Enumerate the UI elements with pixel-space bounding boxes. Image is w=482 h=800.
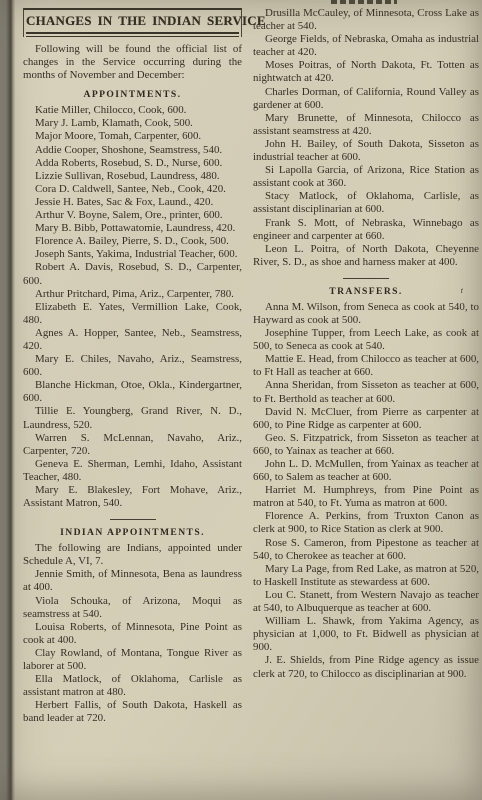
entry: John H. Bailey, of South Dakota, Sisseto… xyxy=(253,138,479,164)
entry: Geo. S. Fitzpatrick, from Sisseton as te… xyxy=(253,432,479,458)
entry: Tillie E. Youngberg, Grand River, N. D.,… xyxy=(23,405,242,431)
entry: Jessie H. Bates, Sac & Fox, Laund., 420. xyxy=(23,196,242,209)
entry: Mary B. Bibb, Pottawatomie, Laundress, 4… xyxy=(23,222,242,235)
entry: Lou C. Stanett, from Western Navajo as t… xyxy=(253,589,479,615)
entry: Louisa Roberts, of Minnesota, Pine Point… xyxy=(23,621,242,647)
intro-paragraph: Following will be found the official lis… xyxy=(23,43,242,82)
left-column: CHANGES IN THE INDIAN SERVICE Following … xyxy=(23,8,242,726)
entry: Jennie Smith, of Minnesota, Bena as laun… xyxy=(23,568,242,594)
entry: Arthur Pritchard, Pima, Ariz., Carpenter… xyxy=(23,288,242,301)
entry: Clay Rowland, of Montana, Tongue River a… xyxy=(23,647,242,673)
entry: Charles Dorman, of California, Round Val… xyxy=(253,86,479,112)
indian-appointments-list: Jennie Smith, of Minnesota, Bena as laun… xyxy=(23,568,242,725)
transfers-divider-row: t xyxy=(253,278,479,279)
entry: Arthur V. Boyne, Salem, Ore., printer, 6… xyxy=(23,209,242,222)
entry: Josephine Tupper, from Leech Lake, as co… xyxy=(253,327,479,353)
section-heading-transfers: TRANSFERS. xyxy=(253,286,479,297)
entry: Anna M. Wilson, from Seneca as cook at 5… xyxy=(253,301,479,327)
entry: Lizzie Sullivan, Rosebud, Laundress, 480… xyxy=(23,170,242,183)
clipped-running-header xyxy=(331,0,397,4)
entry: David N. McCluer, from Pierre as carpent… xyxy=(253,406,479,432)
title-underline-thick xyxy=(26,32,239,34)
section-heading-appointments: APPOINTMENTS. xyxy=(23,89,242,100)
entry: Viola Schouka, of Arizona, Moqui as seam… xyxy=(23,595,242,621)
indian-appointments-note: The following are Indians, appointed und… xyxy=(23,542,242,568)
entry: Ella Matlock, of Oklahoma, Carlisle as a… xyxy=(23,673,242,699)
entry: Major Moore, Tomah, Carpenter, 600. xyxy=(23,130,242,143)
entry: Moses Poitras, of North Dakota, Ft. Tott… xyxy=(253,59,479,85)
transfers-list: Anna M. Wilson, from Seneca as cook at 5… xyxy=(253,301,479,681)
entry: Mary Brunette, of Minnesota, Chilocco as… xyxy=(253,112,479,138)
section-divider xyxy=(110,519,156,520)
entry: William L. Shawk, from Yakima Agency, as… xyxy=(253,615,479,654)
section-divider xyxy=(343,278,389,279)
entry: Florence A. Perkins, from Truxton Canon … xyxy=(253,510,479,536)
entry: Adda Roberts, Rosebud, S. D., Nurse, 600… xyxy=(23,157,242,170)
entry: Blanche Hickman, Otoe, Okla., Kindergart… xyxy=(23,379,242,405)
entry: Mary La Page, from Red Lake, as matron a… xyxy=(253,563,479,589)
entry: Stacy Matlock, of Oklahoma, Carlisle, as… xyxy=(253,190,479,216)
entry: Addie Cooper, Shoshone, Seamstress, 540. xyxy=(23,144,242,157)
entry: Harriet M. Humphreys, from Pine Point as… xyxy=(253,484,479,510)
right-column: Drusilla McCauley, of Minnesota, Cross L… xyxy=(253,7,479,681)
entry: George Fields, of Nebraska, Omaha as ind… xyxy=(253,33,479,59)
entry: Mattie E. Head, from Chilocco as teacher… xyxy=(253,353,479,379)
entry: J. E. Shields, from Pine Ridge agency as… xyxy=(253,654,479,680)
entry: Elizabeth E. Yates, Vermillion Lake, Coo… xyxy=(23,301,242,327)
entry: Rose S. Cameron, from Pipestone as teach… xyxy=(253,537,479,563)
page-title: CHANGES IN THE INDIAN SERVICE xyxy=(26,13,239,29)
entry: Si Lapolla Garcia, of Arizona, Rice Stat… xyxy=(253,164,479,190)
entry: Frank S. Mott, of Nebraska, Winnebago as… xyxy=(253,217,479,243)
entry: Mary E. Blakesley, Fort Mohave, Ariz., A… xyxy=(23,484,242,510)
entry: Joseph Sants, Yakima, Industrial Teacher… xyxy=(23,248,242,261)
stray-ink-mark: t xyxy=(461,286,463,295)
entry: Cora D. Caldwell, Santee, Neb., Cook, 42… xyxy=(23,183,242,196)
indian-appointments-list-continued: Drusilla McCauley, of Minnesota, Cross L… xyxy=(253,7,479,269)
entry: Agnes A. Hopper, Santee, Neb., Seamstres… xyxy=(23,327,242,353)
entry: Katie Miller, Chilocco, Cook, 600. xyxy=(23,104,242,117)
entry: John L. D. McMullen, from Yainax as teac… xyxy=(253,458,479,484)
appointments-list: Katie Miller, Chilocco, Cook, 600.Mary J… xyxy=(23,104,242,510)
entry: Drusilla McCauley, of Minnesota, Cross L… xyxy=(253,7,479,33)
entry: Florence A. Bailey, Pierre, S. D., Cook,… xyxy=(23,235,242,248)
title-underline-thin xyxy=(26,36,239,37)
page-edge-shadow xyxy=(0,0,15,800)
page-title-box: CHANGES IN THE INDIAN SERVICE xyxy=(23,8,242,37)
entry: Herbert Fallis, of South Dakota, Haskell… xyxy=(23,699,242,725)
entry: Mary J. Lamb, Klamath, Cook, 500. xyxy=(23,117,242,130)
entry: Leon L. Poitra, of North Dakota, Cheyenn… xyxy=(253,243,479,269)
entry: Robert A. Davis, Rosebud, S. D., Carpent… xyxy=(23,261,242,287)
title-underline xyxy=(26,32,239,37)
entry: Mary E. Chiles, Navaho, Ariz., Seamstres… xyxy=(23,353,242,379)
entry: Anna Sheridan, from Sisseton as teacher … xyxy=(253,379,479,405)
section-heading-indian-appointments: INDIAN APPOINTMENTS. xyxy=(23,527,242,538)
entry: Warren S. McLennan, Navaho, Ariz., Carpe… xyxy=(23,432,242,458)
entry: Geneva E. Sherman, Lemhi, Idaho, Assista… xyxy=(23,458,242,484)
